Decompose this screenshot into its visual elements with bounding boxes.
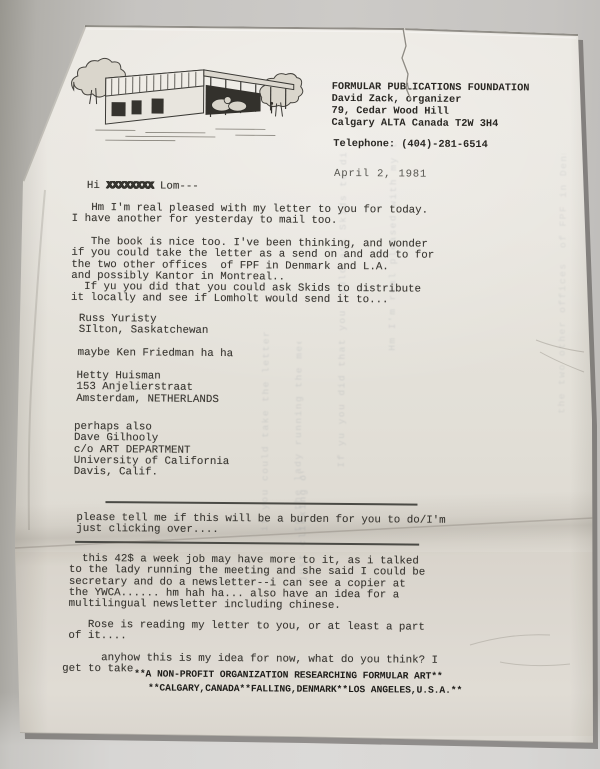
letter-line: it locally and see if Lomholt would send… [71, 293, 434, 307]
building-illustration [55, 52, 306, 146]
right-tree [260, 73, 303, 106]
letter-content: if you could take the letter as a send o… [0, 0, 600, 769]
paragraph-3: please tell me if this will be a burden … [76, 513, 445, 538]
footer-line-2: **CALGARY,CANADA**FALLING,DENMARK**LOS A… [148, 682, 462, 695]
footer-line-1: **A NON-PROFIT ORGANIZATION RESEARCHING … [134, 668, 443, 681]
bleedthrough-text: If yu you did that you could ask Skids t… [336, 152, 350, 482]
paragraph-5: Rose is reading my letter to you, or at … [68, 620, 425, 645]
address-russ-yuristy: Russ YuristySIlton, Saskatchewan [79, 314, 209, 338]
letterhead-telephone: Telephone: (404)-281-6514 [333, 138, 488, 151]
paragraph-2: The book is nice too. I've been thinking… [71, 237, 434, 308]
letter-line: Amsterdam, NETHERLANDS [76, 393, 219, 405]
letter-line: of it.... [68, 631, 424, 645]
address-hetty-huisman: Hetty Huisman153 AnjelierstraatAmsterdam… [76, 371, 219, 406]
letter-line: maybe Ken Friedman ha ha [78, 348, 234, 361]
letter-date: April 2, 1981 [334, 168, 427, 181]
note-ken-friedman: maybe Ken Friedman ha ha [78, 348, 234, 361]
greeting-prefix: Hi [87, 180, 107, 192]
letter-line: Calgary ALTA Canada T2W 3H4 [331, 117, 529, 131]
struck-out-name: XXXXXXXX [106, 180, 153, 192]
photo-background: if you could take the letter as a send o… [0, 0, 600, 769]
paragraph-4: this 42$ a week job may have more to it,… [69, 554, 426, 613]
greeting-line: Hi XXXXXXXX Lom--- [87, 181, 199, 193]
horizontal-rule-2 [75, 541, 419, 545]
letter-paper: if you could take the letter as a send o… [0, 0, 600, 769]
paragraph-1: Hm I'm real pleased with my letter to yo… [72, 203, 429, 228]
address-dave-gilhooly: perhaps alsoDave Gilhoolyc/o ART DEPARTM… [74, 422, 230, 480]
letter-line: Davis, Calif. [74, 467, 230, 480]
letter-line: I have another for yesterday to mail too… [72, 214, 428, 228]
letter-line: SIlton, Saskatchewan [79, 325, 209, 337]
bleedthrough-text: the two other offices of FPF in Denmark … [556, 154, 569, 414]
letterhead-address: FORMULAR PUBLICATIONS FOUNDATIONDavid Za… [331, 81, 529, 131]
greeting-suffix: Lom--- [153, 180, 198, 192]
